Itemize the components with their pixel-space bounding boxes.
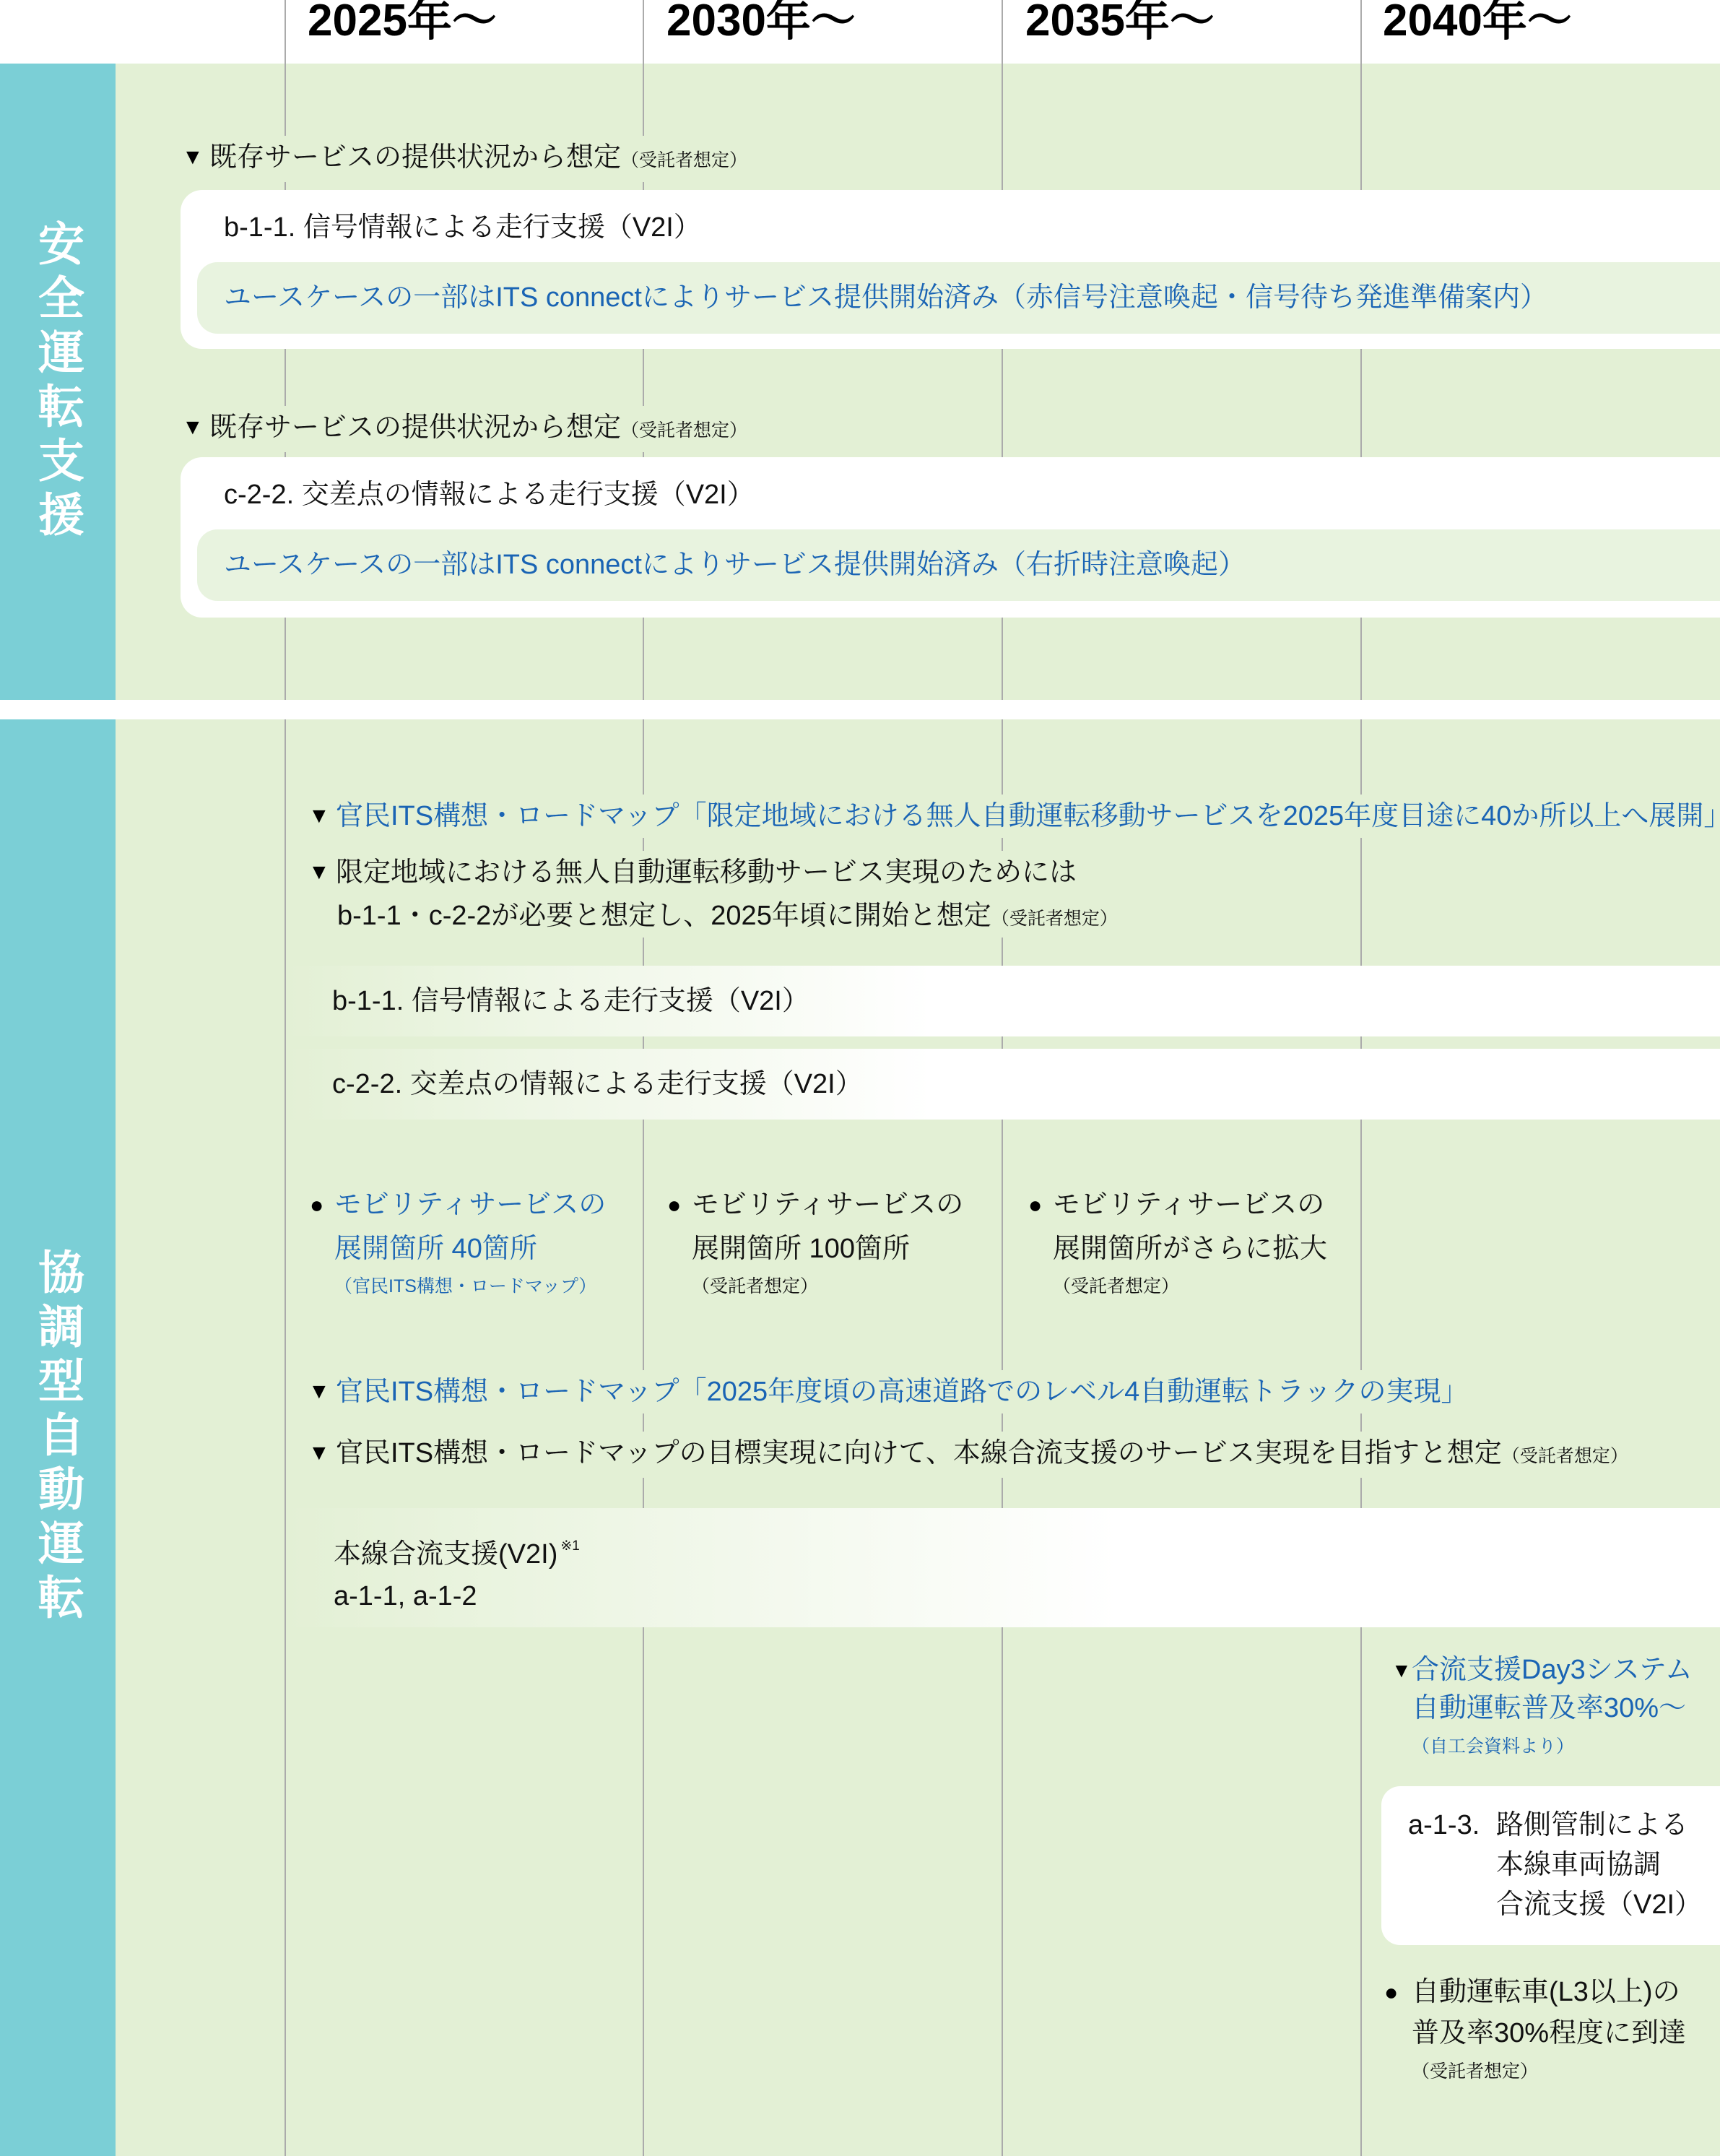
service-bar-label: c-2-2. 交差点の情報による走行支援（V2I） — [332, 1049, 863, 1120]
service-description-line: 合流支援（V2I） — [1496, 1885, 1702, 1925]
column-divider-2025 — [285, 0, 286, 64]
merge-support-codes: a-1-1, a-1-2 — [334, 1575, 580, 1617]
milestone-text: 展開箇所がさらに拡大 — [1028, 1226, 1327, 1271]
assumption-line-1: ▼限定地域における無人自動運転移動サービス実現のためには — [308, 851, 1118, 894]
milestone-text: モビリティサービスの — [1053, 1190, 1324, 1220]
merge-support-title: 本線合流支援(V2I) — [334, 1539, 557, 1570]
section-label: 安全運転支援 — [35, 220, 81, 545]
service-timeline-bar: b-1-1. 信号情報による走行支援（V2I） — [286, 966, 1720, 1036]
day3-source: （自工会資料より） — [1391, 1728, 1574, 1765]
milestone-text: モビリティサービスの — [692, 1190, 963, 1220]
mobility-milestone-2030: ●モビリティサービスの 展開箇所 100箇所 （受託者想定） — [667, 1183, 963, 1271]
roadmap-target-text: 官民ITS構想・ロードマップ「2025年度頃の高速道路でのレベル4自動運転トラッ… — [336, 1377, 1469, 1407]
mobility-milestone-2025: ●モビリティサービスの 展開箇所 40箇所 （官民ITS構想・ロードマップ） — [310, 1183, 606, 1271]
l3-adoption-milestone: ●自動運転車(L3以上)の 普及率30%程度に到達 （受託者想定） — [1384, 1972, 1686, 2089]
service-status-box: ユースケースの一部はITS connectによりサービス提供開始済み（右折時注意… — [197, 529, 1720, 601]
roadside-control-content: a-1-3. 路側管制による 本線車両協調 合流支援（V2I） — [1408, 1806, 1702, 1925]
year-label-2040: 2040年〜 — [1383, 0, 1572, 46]
mobility-milestone-2035: ●モビリティサービスの 展開箇所がさらに拡大 （受託者想定） — [1028, 1183, 1327, 1271]
assumption-block: ▼限定地域における無人自動運転移動サービス実現のためには b-1-1・c-2-2… — [308, 851, 1118, 938]
bullet-icon: ● — [310, 1183, 334, 1226]
milestone-text: 展開箇所 100箇所 — [667, 1226, 963, 1271]
assumption-text: 官民ITS構想・ロードマップの目標実現に向けて、本線合流支援のサービス実現を目指… — [336, 1438, 1502, 1468]
day3-title: 合流支援Day3システム — [1412, 1655, 1693, 1685]
service-code: a-1-3. — [1408, 1806, 1496, 1925]
assumption-line-2: b-1-1・c-2-2が必要と想定し、2025年頃に開始と想定（受託者想定） — [308, 894, 1118, 938]
triangle-marker-icon: ▼ — [308, 851, 336, 894]
column-divider-2025 — [285, 719, 286, 2156]
assumption-note: （受託者想定） — [621, 150, 747, 170]
triangle-marker-icon: ▼ — [308, 795, 336, 838]
assumption-heading: ▼既存サービスの提供状況から想定（受託者想定） — [182, 136, 747, 182]
section-sidebar: 安全運転支援 — [0, 64, 116, 700]
triangle-marker-icon: ▼ — [182, 136, 209, 179]
service-description-line: 路側管制による — [1496, 1806, 1702, 1845]
year-label-2025: 2025年〜 — [308, 0, 497, 46]
service-card-title: b-1-1. 信号情報による走行支援（V2I） — [224, 206, 701, 249]
service-status-box: ユースケースの一部はITS connectによりサービス提供開始済み（赤信号注意… — [197, 262, 1720, 334]
year-label-2035: 2035年〜 — [1025, 0, 1215, 46]
service-status-text: ユースケースの一部はITS connectによりサービス提供開始済み（右折時注意… — [224, 529, 1246, 601]
day3-rate: 自動運転普及率30%〜 — [1391, 1689, 1693, 1728]
triangle-marker-icon: ▼ — [308, 1370, 336, 1413]
service-card: b-1-1. 信号情報による走行支援（V2I） ユースケースの一部はITS co… — [181, 190, 1720, 349]
roadmap-target-text: 官民ITS構想・ロードマップ「限定地域における無人自動運転移動サービスを2025… — [336, 801, 1720, 831]
milestone-source: （官民ITS構想・ロードマップ） — [310, 1271, 596, 1302]
service-card-title: c-2-2. 交差点の情報による走行支援（V2I） — [224, 473, 755, 516]
roadmap-target-heading: ▼官民ITS構想・ロードマップ「2025年度頃の高速道路でのレベル4自動運転トラ… — [308, 1370, 1469, 1413]
service-card: c-2-2. 交差点の情報による走行支援（V2I） ユースケースの一部はITS … — [181, 457, 1720, 618]
column-divider-2035 — [1002, 0, 1003, 64]
timeline-header: 2025年〜 2030年〜 2035年〜 2040年〜 — [0, 0, 1720, 64]
section-safety-support: 安全運転支援 ▼既存サービスの提供状況から想定（受託者想定） b-1-1. 信号… — [0, 64, 1720, 700]
assumption-note: （受託者想定） — [991, 909, 1118, 929]
service-status-text: ユースケースの一部はITS connectによりサービス提供開始済み（赤信号注意… — [224, 262, 1547, 334]
section-sidebar: 協調型自動運転 — [0, 719, 116, 2156]
assumption-heading: ▼官民ITS構想・ロードマップの目標実現に向けて、本線合流支援のサービス実現を目… — [308, 1432, 1628, 1478]
merge-support-bar: 本線合流支援(V2I)※1 a-1-1, a-1-2 — [286, 1508, 1720, 1627]
column-divider-2030 — [643, 0, 644, 64]
milestone-source: （受託者想定） — [1384, 2054, 1686, 2089]
assumption-text: 限定地域における無人自動運転移動サービス実現のためには — [336, 857, 1077, 888]
assumption-heading: ▼既存サービスの提供状況から想定（受託者想定） — [182, 406, 747, 452]
assumption-text: 既存サービスの提供状況から想定 — [209, 142, 621, 173]
service-bar-label: b-1-1. 信号情報による走行支援（V2I） — [332, 966, 809, 1036]
bullet-icon: ● — [1384, 1972, 1412, 2013]
section-cooperative-driving: 協調型自動運転 ▼官民ITS構想・ロードマップ「限定地域における無人自動運転移動… — [0, 719, 1720, 2156]
milestone-text: 普及率30%程度に到達 — [1384, 2013, 1686, 2054]
milestone-text: モビリティサービスの — [334, 1190, 606, 1220]
day3-target: ▼合流支援Day3システム 自動運転普及率30%〜 （自工会資料より） — [1391, 1651, 1693, 1728]
milestone-source: （受託者想定） — [667, 1271, 818, 1302]
service-description: 路側管制による 本線車両協調 合流支援（V2I） — [1496, 1806, 1702, 1925]
assumption-text: b-1-1・c-2-2が必要と想定し、2025年頃に開始と想定 — [337, 901, 991, 931]
column-divider-2040 — [1360, 0, 1362, 64]
roadside-control-card: a-1-3. 路側管制による 本線車両協調 合流支援（V2I） — [1381, 1786, 1720, 1945]
roadmap-target-heading: ▼官民ITS構想・ロードマップ「限定地域における無人自動運転移動サービスを202… — [308, 795, 1720, 838]
bullet-icon: ● — [667, 1183, 692, 1226]
milestone-text: 展開箇所 40箇所 — [310, 1226, 606, 1271]
milestone-source: （受託者想定） — [1028, 1271, 1179, 1302]
triangle-marker-icon: ▼ — [308, 1432, 336, 1475]
triangle-marker-icon: ▼ — [182, 406, 209, 449]
service-description-line: 本線車両協調 — [1496, 1845, 1702, 1885]
merge-support-text: 本線合流支援(V2I)※1 a-1-1, a-1-2 — [334, 1525, 580, 1617]
assumption-text: 既存サービスの提供状況から想定 — [209, 412, 621, 443]
assumption-note: （受託者想定） — [621, 420, 747, 441]
footnote-marker: ※1 — [560, 1538, 580, 1554]
milestone-text: 自動運転車(L3以上)の — [1412, 1977, 1680, 2007]
bullet-icon: ● — [1028, 1183, 1053, 1226]
section-label: 協調型自動運転 — [35, 1248, 81, 1627]
assumption-note: （受託者想定） — [1502, 1446, 1628, 1466]
triangle-marker-icon: ▼ — [1391, 1651, 1412, 1689]
service-timeline-bar: c-2-2. 交差点の情報による走行支援（V2I） — [286, 1049, 1720, 1120]
year-label-2030: 2030年〜 — [666, 0, 856, 46]
